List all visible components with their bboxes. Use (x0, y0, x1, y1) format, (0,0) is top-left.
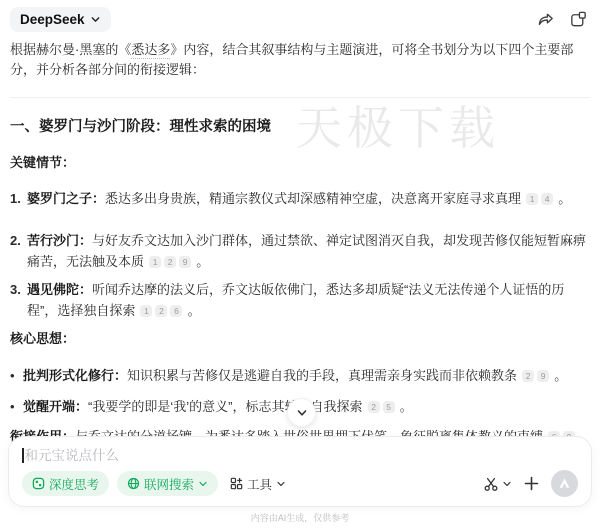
list-item: 2.苦行沙门：与好友乔文达加入沙门群体，通过禁欲、禅定试图消灭自我，却发现苦修仅… (10, 230, 590, 272)
web-search-button[interactable]: 联网搜索 (117, 471, 218, 496)
core-ideas-label: 核心思想： (10, 329, 590, 349)
bullet-marker: • (10, 365, 23, 386)
model-selector[interactable]: DeepSeek (10, 7, 111, 32)
ai-disclaimer: 内容由AI生成，仅供参考 (0, 511, 600, 524)
citation-badge[interactable]: 2 (522, 370, 534, 382)
header-actions (536, 10, 588, 29)
tools-label: 工具 (247, 475, 272, 493)
citation-badge[interactable]: 2 (368, 401, 380, 413)
item-text: 悉达多出身贵族，精通宗教仪式却深感精神空虚，决意离开家庭寻求真理 (105, 191, 521, 206)
bullet-text: “我要学的即是‘我’的意义”，标志其转向自我探索 (88, 399, 362, 414)
model-selector-label: DeepSeek (20, 12, 85, 27)
intro-prefix: 根据赫尔曼·黑塞的《 (10, 42, 131, 57)
top-bar: DeepSeek (0, 0, 600, 32)
open-in-new-button[interactable] (569, 10, 588, 29)
intro-paragraph: 根据赫尔曼·黑塞的《悉达多》内容，结合其叙事结构与主题演进，可将全书划分为以下四… (10, 40, 590, 80)
citation-badge[interactable]: 2 (164, 256, 176, 268)
web-search-label: 联网搜索 (144, 475, 194, 493)
message-input[interactable] (25, 448, 579, 463)
key-plots-label: 关键情节： (10, 153, 590, 173)
bullet-period: 。 (554, 368, 567, 383)
open-in-new-icon (569, 10, 588, 29)
deep-think-button[interactable]: 深度思考 (22, 471, 109, 496)
section-heading: 一、婆罗门与沙门阶段：理性求索的困境 (10, 119, 590, 136)
bullet-label: 觉醒开端： (23, 399, 88, 414)
bullet-label: 批判形式化修行： (23, 368, 127, 383)
composer-input-row (22, 448, 578, 463)
item-number: 3. (10, 279, 27, 300)
bullet-marker: • (10, 396, 23, 417)
scroll-to-bottom-button[interactable] (287, 398, 316, 427)
citation-badge[interactable]: 1 (526, 193, 538, 205)
bullet-item: •批判形式化修行：知识积累与苦修仅是逃避自我的手段，真理需亲身实践而非依赖教条 … (10, 365, 590, 386)
citation-badge[interactable]: 5 (383, 401, 395, 413)
globe-icon (127, 477, 140, 490)
citation-badge[interactable]: 4 (541, 193, 553, 205)
chevron-down-icon (90, 14, 101, 25)
item-period: 。 (558, 191, 571, 206)
item-label: 苦行沙门： (27, 233, 92, 248)
item-label: 遇见佛陀： (27, 282, 92, 297)
chevron-down-icon (198, 479, 208, 489)
item-number: 1. (10, 188, 27, 209)
citation-badge[interactable]: 6 (170, 305, 182, 317)
divider (10, 97, 590, 98)
item-text: 与好友乔文达加入沙门群体，通过禁欲、禅定试图消灭自我，却发现苦修仅能短暂麻痹痛苦… (27, 233, 586, 269)
clip-tools-button[interactable] (483, 476, 512, 492)
citation-badge[interactable]: 9 (179, 256, 191, 268)
bullet-period: 。 (400, 399, 413, 414)
chevron-down-icon (276, 479, 286, 489)
item-text: 听闻乔达摩的法义后，乔文达皈依佛门，悉达多却质疑“法义无法传递个人证悟的历程”，… (27, 282, 564, 318)
bullet-text: 知识积累与苦修仅是逃避自我的手段，真理需亲身实践而非依赖教条 (127, 368, 517, 383)
chevron-down-icon (502, 479, 512, 489)
tools-button[interactable]: 工具 (226, 471, 290, 496)
scissors-icon (483, 476, 499, 492)
item-period: 。 (188, 303, 201, 318)
list-item: 3.遇见佛陀：听闻乔达摩的法义后，乔文达皈依佛门，悉达多却质疑“法义无法传递个人… (10, 279, 590, 321)
send-button[interactable] (551, 470, 578, 497)
tools-grid-icon (230, 477, 243, 490)
chat-page: { "header": { "model_selector_label": "D… (0, 0, 600, 529)
citation-badge[interactable]: 2 (155, 305, 167, 317)
citation-badge[interactable]: 1 (149, 256, 161, 268)
attach-button[interactable] (523, 475, 540, 492)
citation-badge[interactable]: 9 (537, 370, 549, 382)
composer: 深度思考 联网搜索 工具 (8, 436, 592, 507)
item-label: 婆罗门之子： (27, 191, 105, 206)
item-period: 。 (196, 254, 209, 269)
share-button[interactable] (536, 10, 555, 29)
composer-toolbar: 深度思考 联网搜索 工具 (22, 470, 578, 497)
text-caret (22, 448, 24, 463)
toolbar-right (483, 470, 578, 497)
toolbar-left: 深度思考 联网搜索 工具 (22, 471, 290, 496)
citation-badge[interactable]: 1 (140, 305, 152, 317)
item-number: 2. (10, 230, 27, 251)
entity-link[interactable]: 悉达多 (131, 42, 170, 59)
deep-think-label: 深度思考 (49, 475, 99, 493)
list-item: 1.婆罗门之子：悉达多出身贵族，精通宗教仪式却深感精神空虚，决意离开家庭寻求真理… (10, 188, 590, 209)
deep-think-icon (32, 477, 45, 490)
send-arrow-icon (556, 475, 573, 492)
chevron-down-icon (295, 406, 309, 420)
share-icon (536, 10, 555, 29)
plus-icon (523, 475, 540, 492)
